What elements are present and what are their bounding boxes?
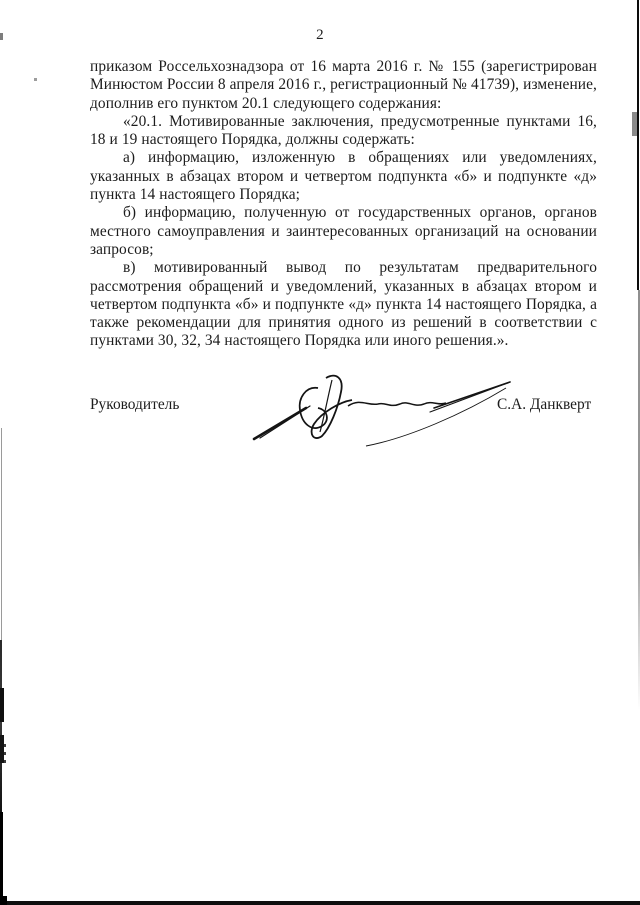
signature-title-label: Руководитель xyxy=(90,396,179,414)
scan-artifact-left-edge-dark xyxy=(0,640,2,815)
paragraph: в) мотивированный вывод по результатам п… xyxy=(90,259,597,350)
paragraph: б) информацию, полученную от государстве… xyxy=(90,204,597,259)
scan-artifact-left-edge-gray xyxy=(1,428,2,643)
paragraph: а) информацию, изложенную в обращениях и… xyxy=(90,149,597,204)
scan-artifact-bottom-edge-line xyxy=(0,901,640,905)
paragraph: приказом Россельхознадзора от 16 марта 2… xyxy=(90,58,597,113)
paragraph: «20.1. Мотивированные заключения, предус… xyxy=(90,113,597,150)
scan-artifact-speck xyxy=(34,78,37,81)
scan-artifact-left-edge-black xyxy=(0,812,3,905)
scan-artifact-right-edge-blob xyxy=(632,112,637,136)
scan-artifact-tick xyxy=(4,744,6,747)
scan-artifact-bottom-corner xyxy=(0,896,7,905)
signatory-name: С.А. Данкверт xyxy=(497,396,591,414)
scan-artifact-tick xyxy=(4,760,6,763)
scanned-document-page: 2 приказом Россельхознадзора от 16 марта… xyxy=(0,0,640,905)
scan-artifact-tick xyxy=(4,752,6,755)
signature-image xyxy=(248,366,520,448)
scan-artifact-left-edge-blob xyxy=(0,688,4,722)
page-number: 2 xyxy=(0,27,640,44)
scan-artifact-left-edge-blob xyxy=(0,735,4,763)
document-body: приказом Россельхознадзора от 16 марта 2… xyxy=(90,58,597,351)
